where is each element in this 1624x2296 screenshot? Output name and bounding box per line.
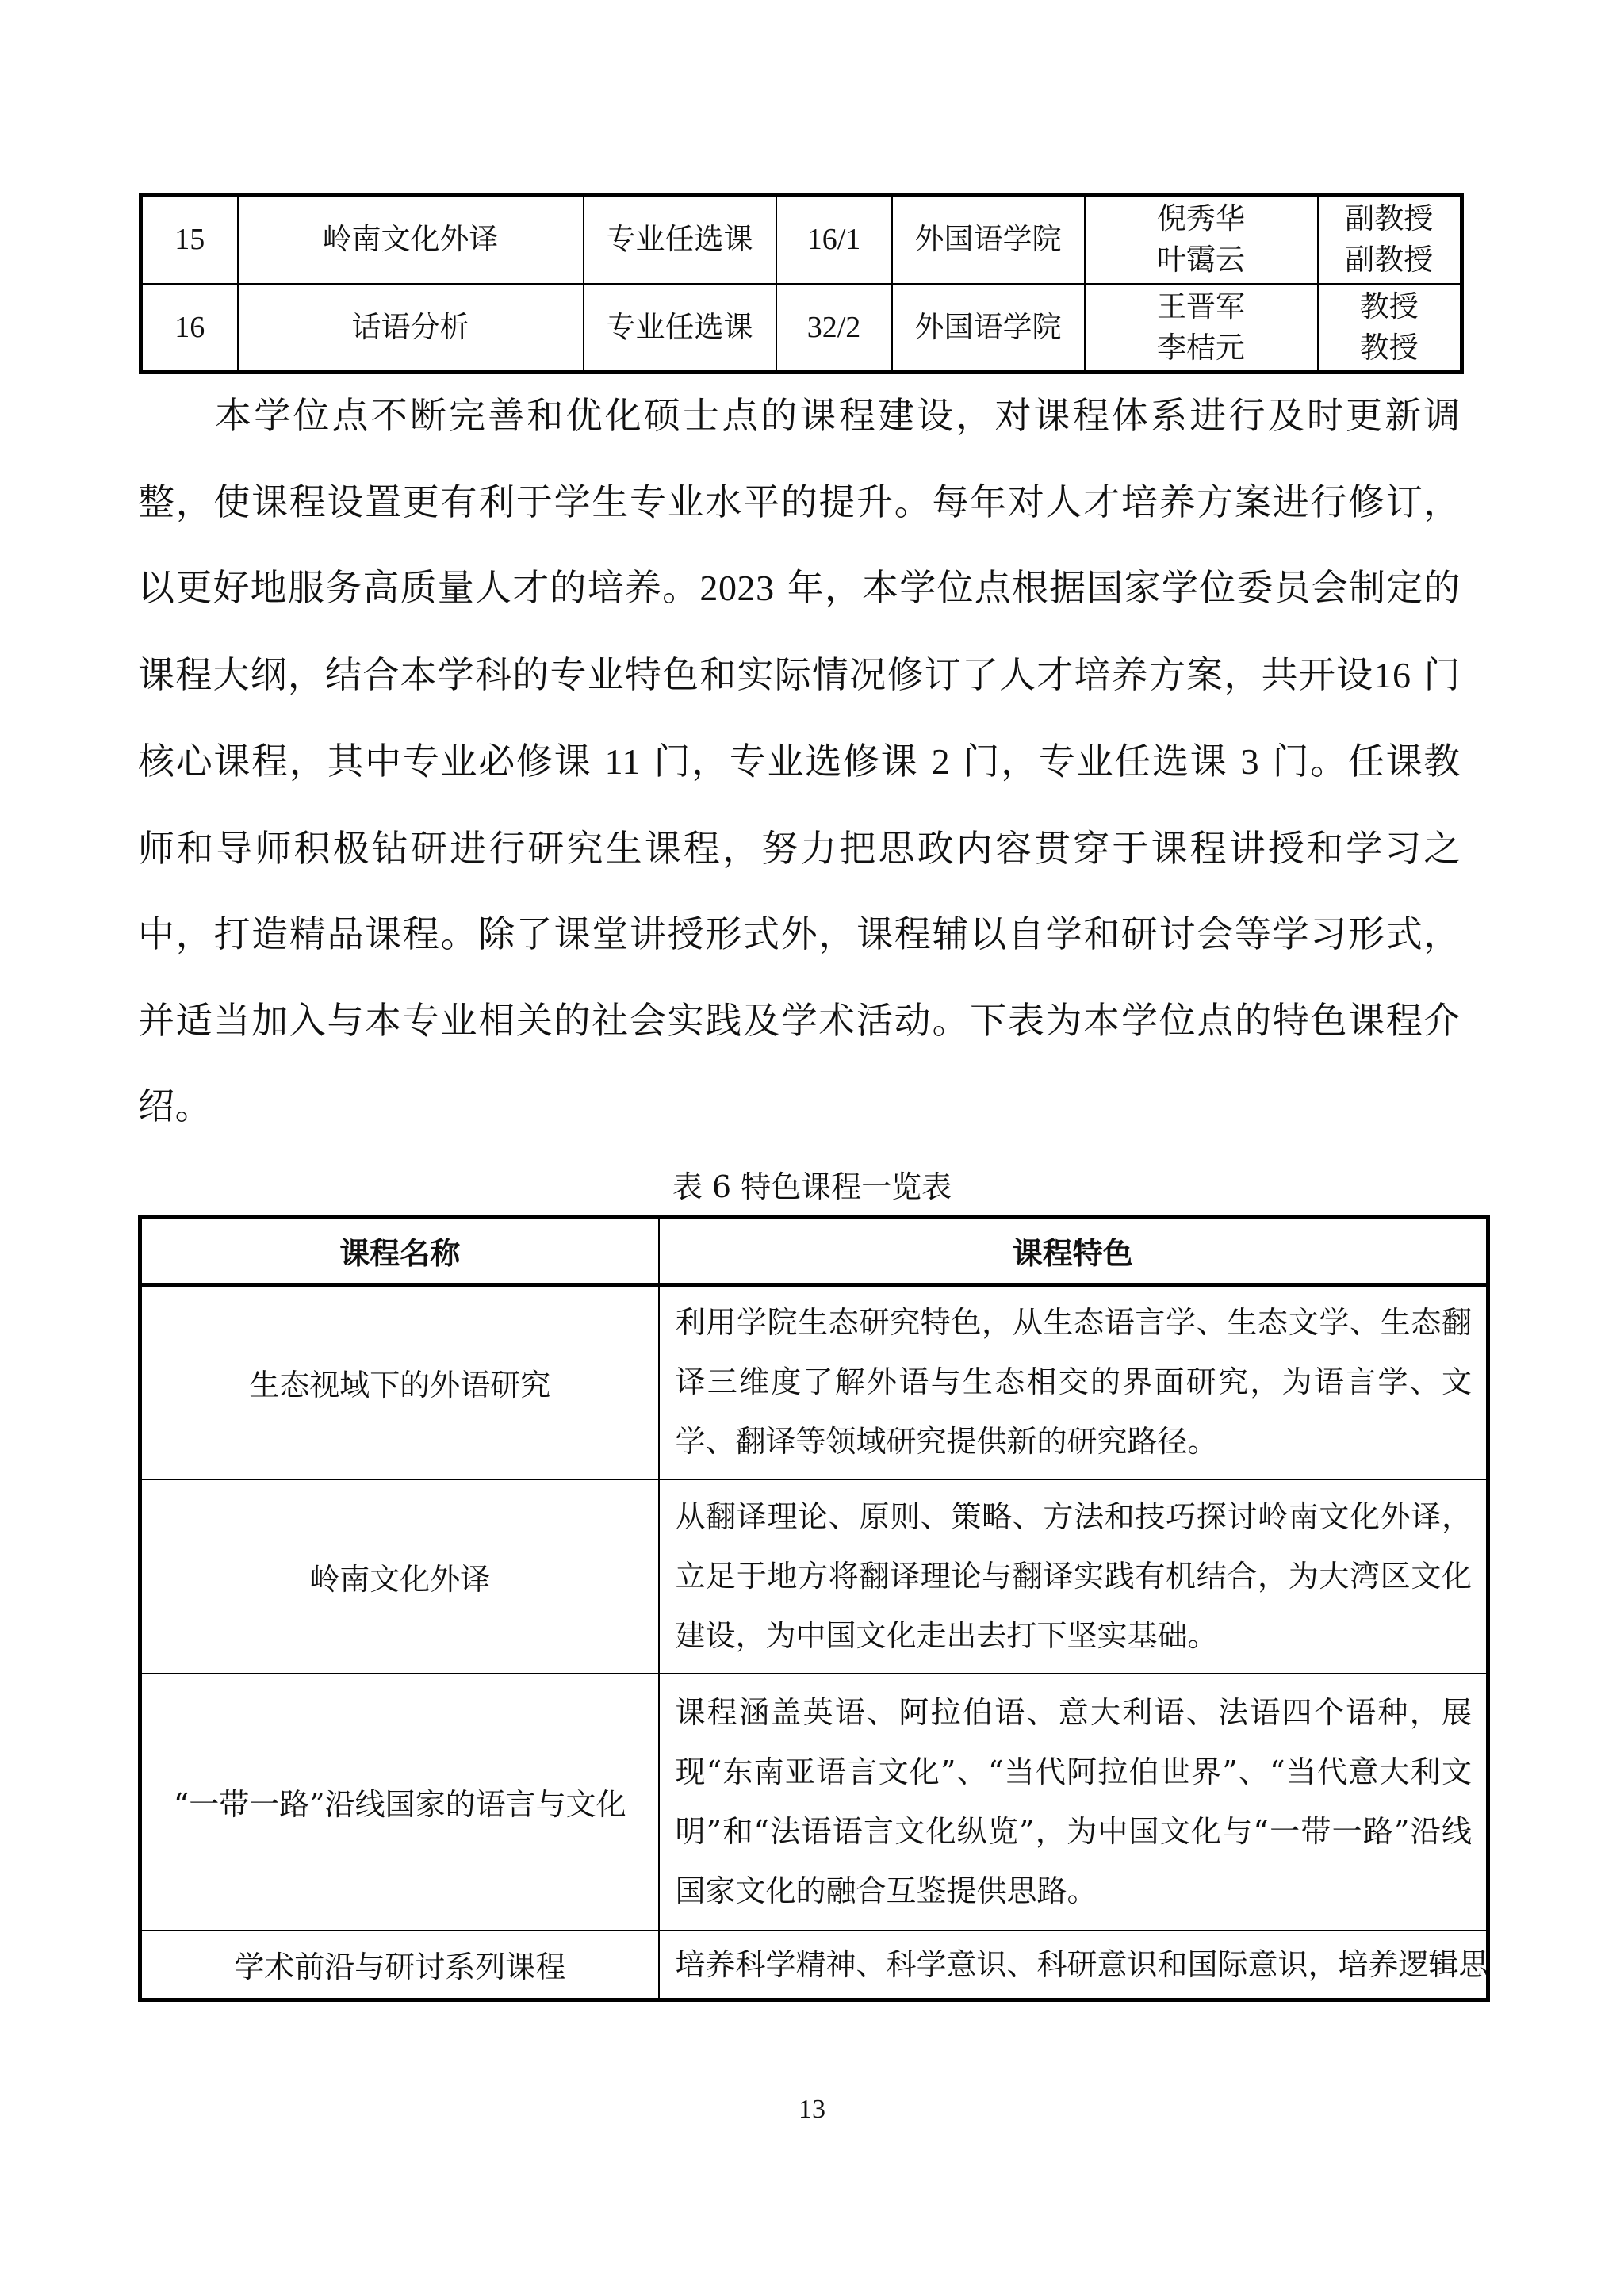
header-course-name: 课程名称 (140, 1217, 659, 1285)
paragraph-text: 门。任课教师和导师积极钻研进行研究生课程，努力把思政内容贯穿于课程讲授和学习之中… (138, 740, 1461, 1127)
teacher-title: 教授 (1322, 286, 1457, 327)
teacher-title: 教授 (1322, 327, 1457, 369)
teacher-name: 李桔元 (1089, 327, 1314, 369)
row-number: 15 (141, 195, 238, 284)
school: 外国语学院 (892, 195, 1085, 284)
course-type: 专业任选课 (584, 195, 776, 284)
course-name: 岭南文化外译 (238, 195, 584, 284)
course-feature: 培养科学精神、科学意识、科研意识和国际意识，培养逻辑思 (659, 1931, 1488, 2000)
table-row: 生态视域下的外语研究 利用学院生态研究特色，从生态语言学、生态文学、生态翻译三维… (140, 1285, 1488, 1479)
course-name: 岭南文化外译 (140, 1479, 659, 1674)
teacher-title: 副教授 (1322, 239, 1457, 281)
hours-credits: 32/2 (776, 284, 892, 373)
course-feature: 课程涵盖英语、阿拉伯语、意大利语、法语四个语种，展现“东南亚语言文化”、“当代阿… (659, 1674, 1488, 1931)
page-number: 13 (772, 2095, 852, 2125)
teachers: 倪秀华 叶霭云 (1085, 195, 1318, 284)
row-number: 16 (141, 284, 238, 373)
teacher-name: 叶霭云 (1089, 239, 1314, 281)
course-type: 专业任选课 (584, 284, 776, 373)
count-elective: 2 (932, 741, 951, 782)
school: 外国语学院 (892, 284, 1085, 373)
teacher-titles: 教授 教授 (1318, 284, 1462, 373)
paragraph-text: 门，专业任选课 (950, 740, 1240, 783)
course-name: 生态视域下的外语研究 (140, 1285, 659, 1479)
paragraph-text: 门，专业选修课 (641, 740, 931, 783)
header-course-feature: 课程特色 (659, 1217, 1488, 1285)
table-caption: 表 6 特色课程一览表 (138, 1169, 1486, 1205)
year-value: 2023 (699, 568, 774, 608)
teacher-name: 王晋军 (1089, 286, 1314, 327)
table-row: 学术前沿与研讨系列课程 培养科学精神、科学意识、科研意识和国际意识，培养逻辑思 (140, 1931, 1488, 2000)
table-row: 15 岭南文化外译 专业任选课 16/1 外国语学院 倪秀华 叶霭云 副教授 副… (141, 195, 1462, 284)
teacher-titles: 副教授 副教授 (1318, 195, 1462, 284)
body-paragraph: 本学位点不断完善和优化硕士点的课程建设，对课程体系进行及时更新调整，使课程设置更… (138, 373, 1461, 1150)
course-name: “一带一路”沿线国家的语言与文化 (140, 1674, 659, 1931)
course-name: 话语分析 (238, 284, 584, 373)
course-table-continued: 15 岭南文化外译 专业任选课 16/1 外国语学院 倪秀华 叶霭云 副教授 副… (139, 193, 1464, 374)
table-row: 16 话语分析 专业任选课 32/2 外国语学院 王晋军 李桔元 教授 教授 (141, 284, 1462, 373)
course-feature: 利用学院生态研究特色，从生态语言学、生态文学、生态翻译三维度了解外语与生态相交的… (659, 1285, 1488, 1479)
count-optional: 3 (1241, 741, 1260, 782)
feature-course-table: 课程名称 课程特色 生态视域下的外语研究 利用学院生态研究特色，从生态语言学、生… (138, 1215, 1490, 2002)
hours-credits: 16/1 (776, 195, 892, 284)
count-total: 16 (1373, 655, 1411, 695)
table-header-row: 课程名称 课程特色 (140, 1217, 1488, 1285)
course-name: 学术前沿与研讨系列课程 (140, 1931, 659, 2000)
course-feature: 从翻译理论、原则、策略、方法和技巧探讨岭南文化外译，立足于地方将翻译理论与翻译实… (659, 1479, 1488, 1674)
table-row: “一带一路”沿线国家的语言与文化 课程涵盖英语、阿拉伯语、意大利语、法语四个语种… (140, 1674, 1488, 1931)
teacher-name: 倪秀华 (1089, 198, 1314, 239)
teacher-title: 副教授 (1322, 198, 1457, 239)
teachers: 王晋军 李桔元 (1085, 284, 1318, 373)
count-required: 11 (605, 741, 642, 782)
table-row: 岭南文化外译 从翻译理论、原则、策略、方法和技巧探讨岭南文化外译，立足于地方将翻… (140, 1479, 1488, 1674)
